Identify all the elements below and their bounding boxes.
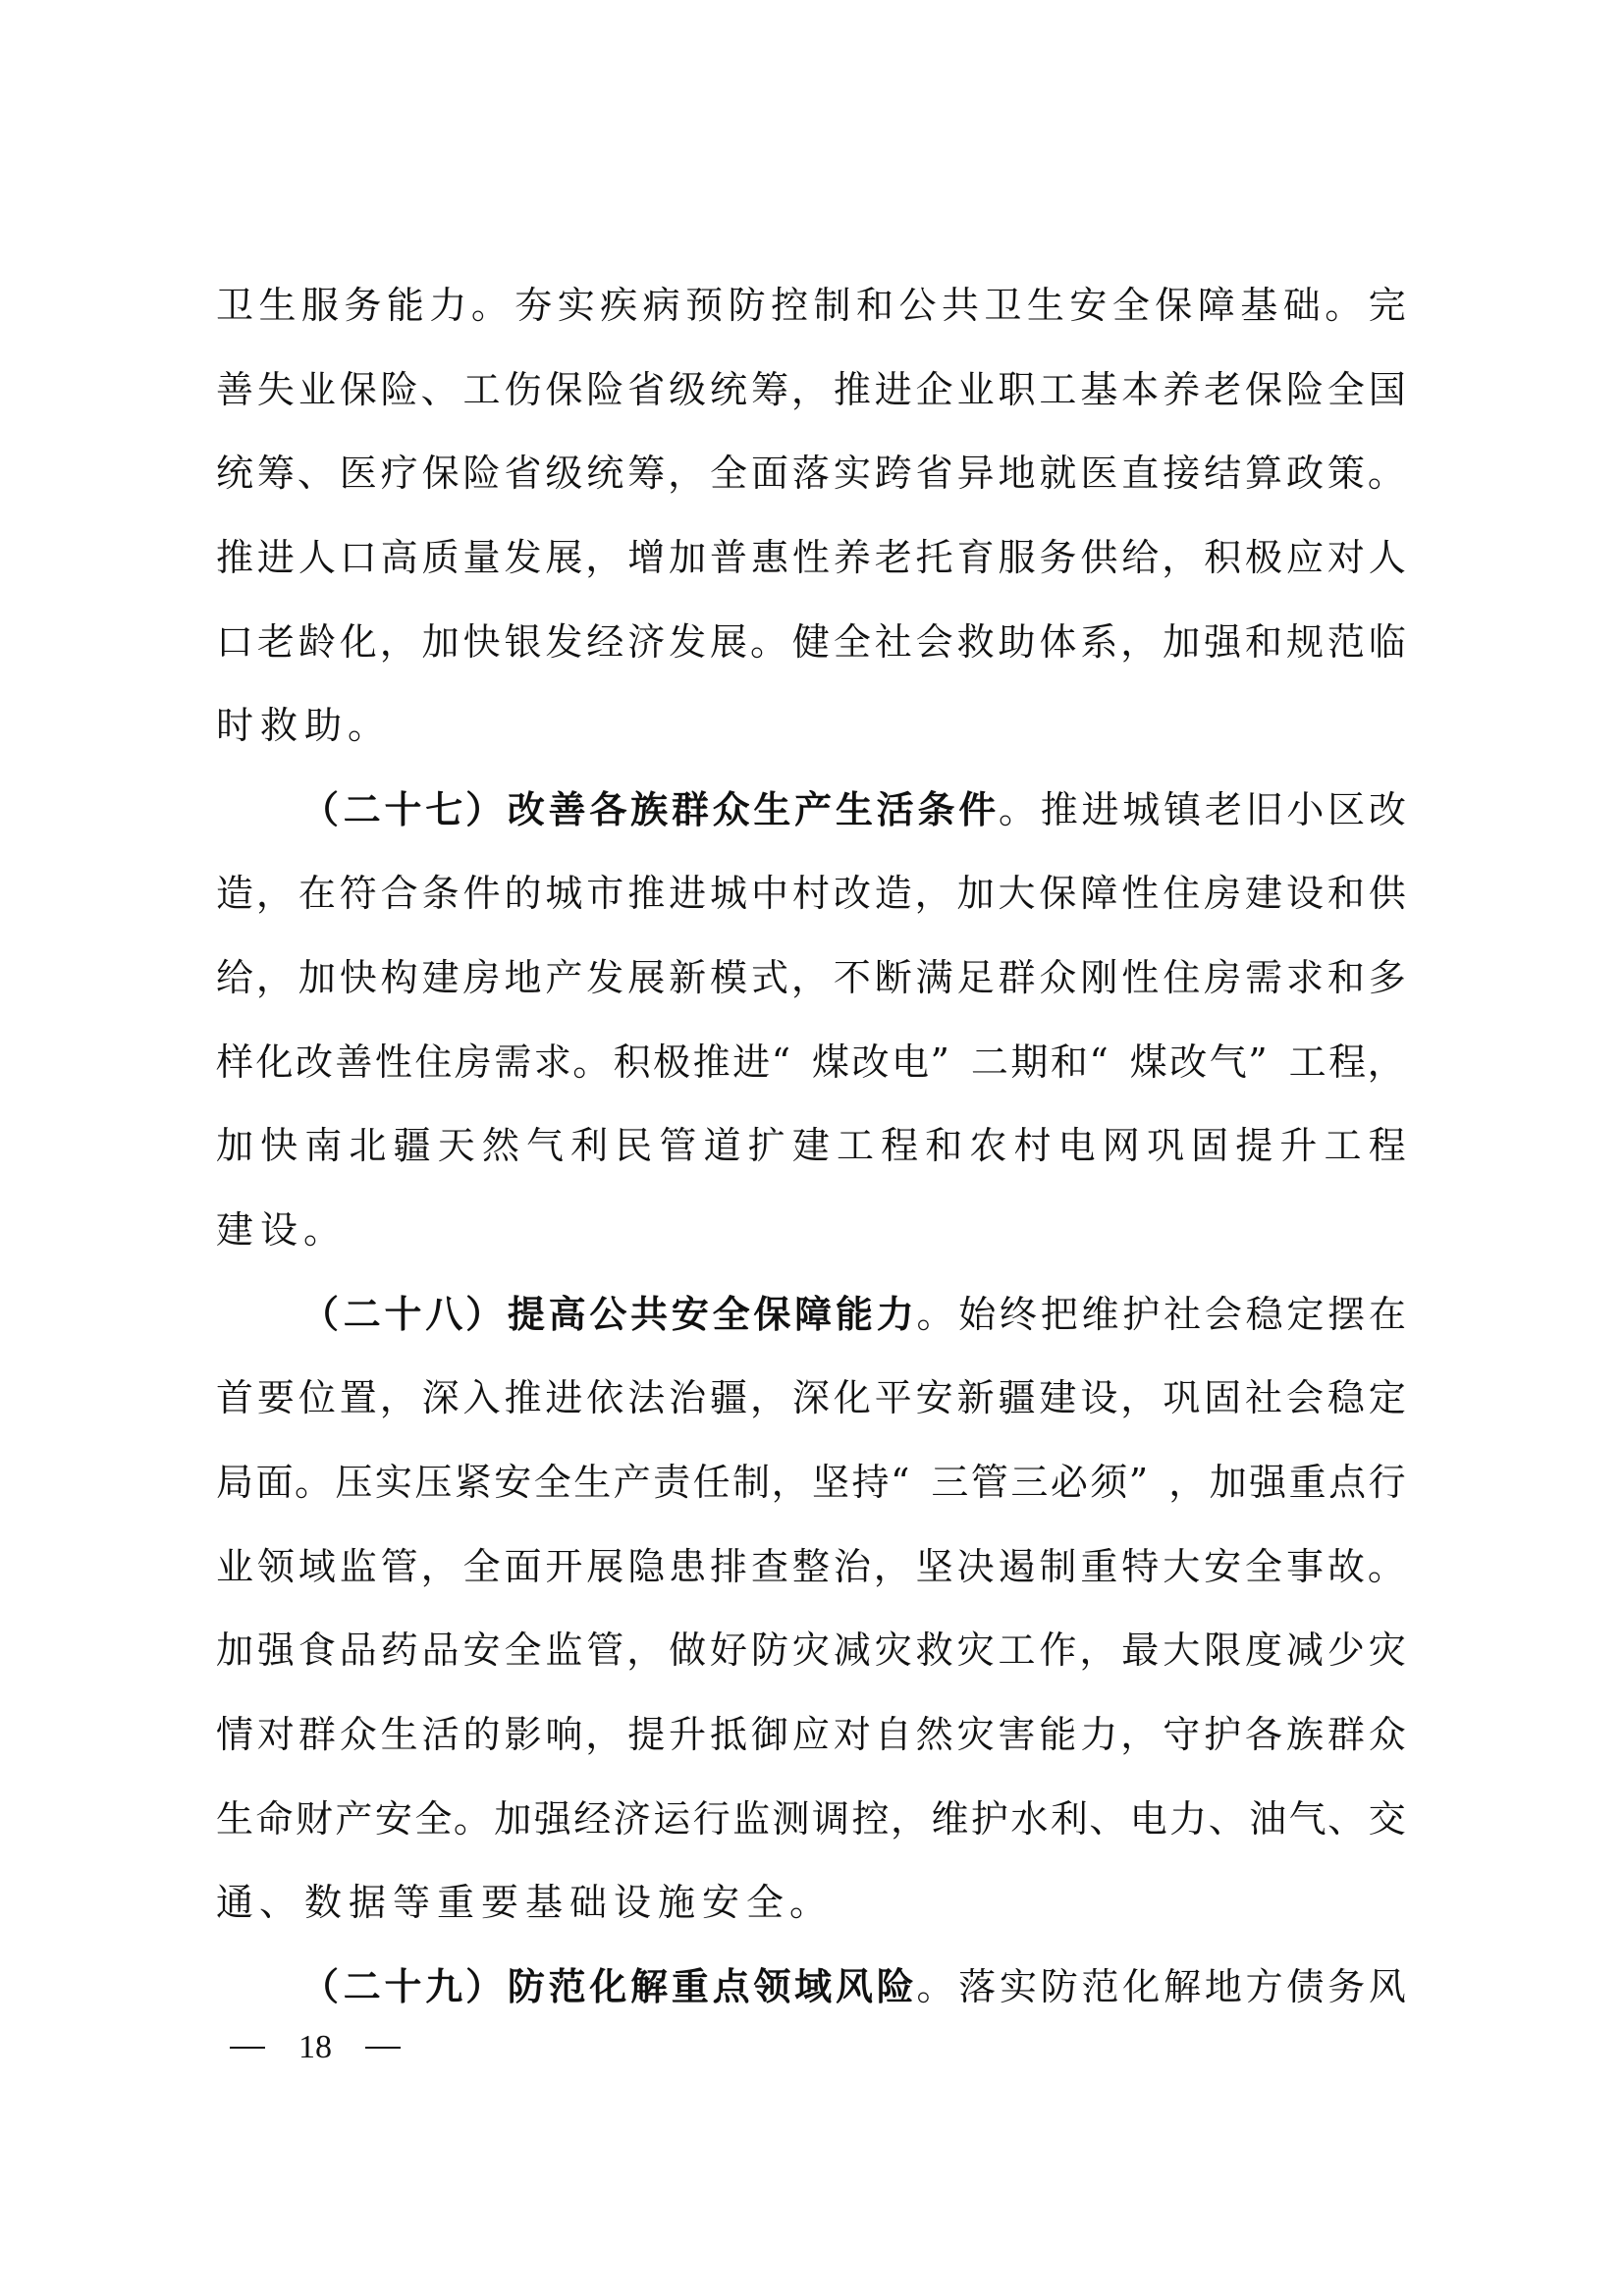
text-line: 通、数据等重要基础设施安全。: [215, 1875, 1407, 1959]
paragraph-p-27: （二十七）改善各族群众生产生活条件。推进城镇老旧小区改造，在符合条件的城市推进城…: [215, 782, 1407, 1287]
text-line: 时救助。: [215, 698, 1407, 782]
text-line: 造，在符合条件的城市推进城中村改造，加大保障性住房建设和供: [215, 866, 1407, 950]
text-line: （二十八）提高公共安全保障能力。始终把维护社会稳定摆在: [215, 1287, 1407, 1371]
text-line: 局面。压实压紧安全生产责任制，坚持“三管三必须”，加强重点行: [215, 1455, 1407, 1539]
text-line: （二十七）改善各族群众生产生活条件。推进城镇老旧小区改: [215, 782, 1407, 867]
text-line: 情对群众生活的影响，提升抵御应对自然灾害能力，守护各族群众: [215, 1707, 1407, 1791]
text-line: 业领域监管，全面开展隐患排查整治，坚决遏制重特大安全事故。: [215, 1539, 1407, 1624]
text-line: 样化改善性住房需求。积极推进“煤改电”二期和“煤改气”工程，: [215, 1035, 1407, 1119]
text-line: 善失业保险、工伤保险省级统筹，推进企业职工基本养老保险全国: [215, 362, 1407, 447]
document-page: 卫生服务能力。夯实疾病预防控制和公共卫生安全保障基础。完善失业保险、工伤保险省级…: [0, 0, 1624, 2296]
paragraph-p-28: （二十八）提高公共安全保障能力。始终把维护社会稳定摆在首要位置，深入推进依法治疆…: [215, 1287, 1407, 1959]
text-line: 加强食品药品安全监管，做好防灾减灾救灾工作，最大限度减少灾: [215, 1623, 1407, 1707]
page-number-right-dash: [365, 2047, 401, 2049]
paragraph-p-health-cont: 卫生服务能力。夯实疾病预防控制和公共卫生安全保障基础。完善失业保险、工伤保险省级…: [215, 278, 1407, 782]
text-line: 口老龄化，加快银发经济发展。健全社会救助体系，加强和规范临: [215, 614, 1407, 699]
text-line: 首要位置，深入推进依法治疆，深化平安新疆建设，巩固社会稳定: [215, 1370, 1407, 1455]
page-number-left-dash: [230, 2047, 265, 2049]
page-number: 18: [298, 2026, 332, 2069]
page-number-footer: 18: [230, 2026, 401, 2069]
text-line: 加快南北疆天然气利民管道扩建工程和农村电网巩固提升工程: [215, 1118, 1407, 1202]
text-line: 统筹、医疗保险省级统筹，全面落实跨省异地就医直接结算政策。: [215, 446, 1407, 530]
text-line: 卫生服务能力。夯实疾病预防控制和公共卫生安全保障基础。完: [215, 278, 1407, 362]
body-text: 卫生服务能力。夯实疾病预防控制和公共卫生安全保障基础。完善失业保险、工伤保险省级…: [215, 278, 1407, 2043]
text-line: 推进人口高质量发展，增加普惠性养老托育服务供给，积极应对人: [215, 530, 1407, 614]
text-line: 建设。: [215, 1202, 1407, 1287]
text-line: 给，加快构建房地产发展新模式，不断满足群众刚性住房需求和多: [215, 950, 1407, 1035]
text-line: 生命财产安全。加强经济运行监测调控，维护水利、电力、油气、交: [215, 1791, 1407, 1876]
